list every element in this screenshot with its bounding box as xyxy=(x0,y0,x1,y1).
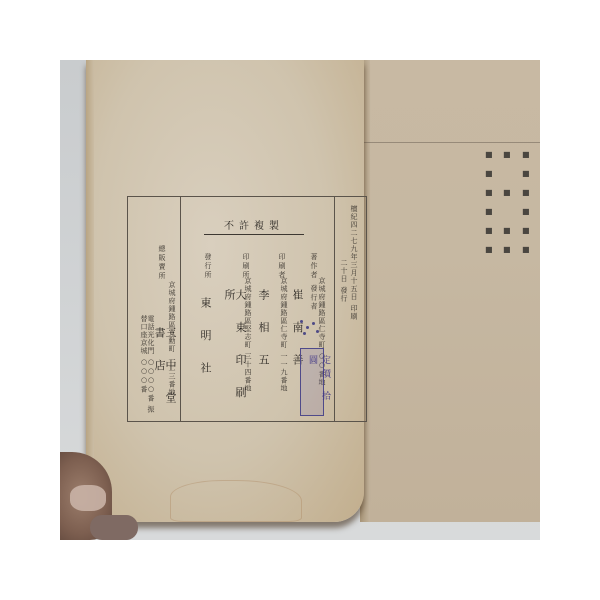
printer-label: 印刷者 xyxy=(278,253,285,280)
printer-name: 李 相 五 xyxy=(258,289,269,374)
column-divider xyxy=(334,197,335,421)
right-page-text-column: ■■■■■■ xyxy=(522,150,530,254)
print-shop-label: 印刷所 xyxy=(242,253,249,280)
publisher-label: 發行所 xyxy=(204,253,211,280)
distributor-name: 三 中 堂 書 店 xyxy=(154,327,176,421)
page-fold-line xyxy=(360,142,540,143)
right-page: ■■■■■■ ■ ■ ■■ ■■■■■■ xyxy=(360,60,540,522)
print-date: 檀紀四二七九年三月十五日 印刷 xyxy=(350,205,357,320)
right-page-text-column: ■■■■■■ xyxy=(485,150,493,254)
ink-dots xyxy=(300,318,320,338)
printer-address: 京城府鍾路區仁寺町 一一九番地 xyxy=(280,277,287,392)
water-stain xyxy=(170,480,302,522)
book-photo: ■■■■■■ ■ ■ ■■ ■■■■■■ 不許複製 檀紀四二七九年三月十五日 印… xyxy=(60,60,540,540)
distributor-phone: 電話光化門 ○○○○番 振替口座京城 ○○○番 xyxy=(136,315,154,421)
publisher-name: 東 明 社 xyxy=(200,297,211,382)
finger xyxy=(90,515,138,540)
no-reproduction-heading: 不許複製 xyxy=(204,217,304,235)
page-edge xyxy=(86,60,94,522)
right-page-text-column: ■ ■ ■■ xyxy=(503,150,511,254)
publish-date: 二十日 發行 xyxy=(340,259,347,302)
price-stamp: 定價 拾圓 xyxy=(300,348,324,416)
price-stamp-text: 定價 拾圓 xyxy=(306,355,332,415)
distributor-label: 總販賣所 xyxy=(158,245,165,281)
thumbnail xyxy=(70,485,106,511)
author-label: 著作者 發行者 xyxy=(310,253,317,311)
column-divider xyxy=(180,197,181,421)
print-shop-name: 大 東 印 刷 所 xyxy=(224,289,246,421)
